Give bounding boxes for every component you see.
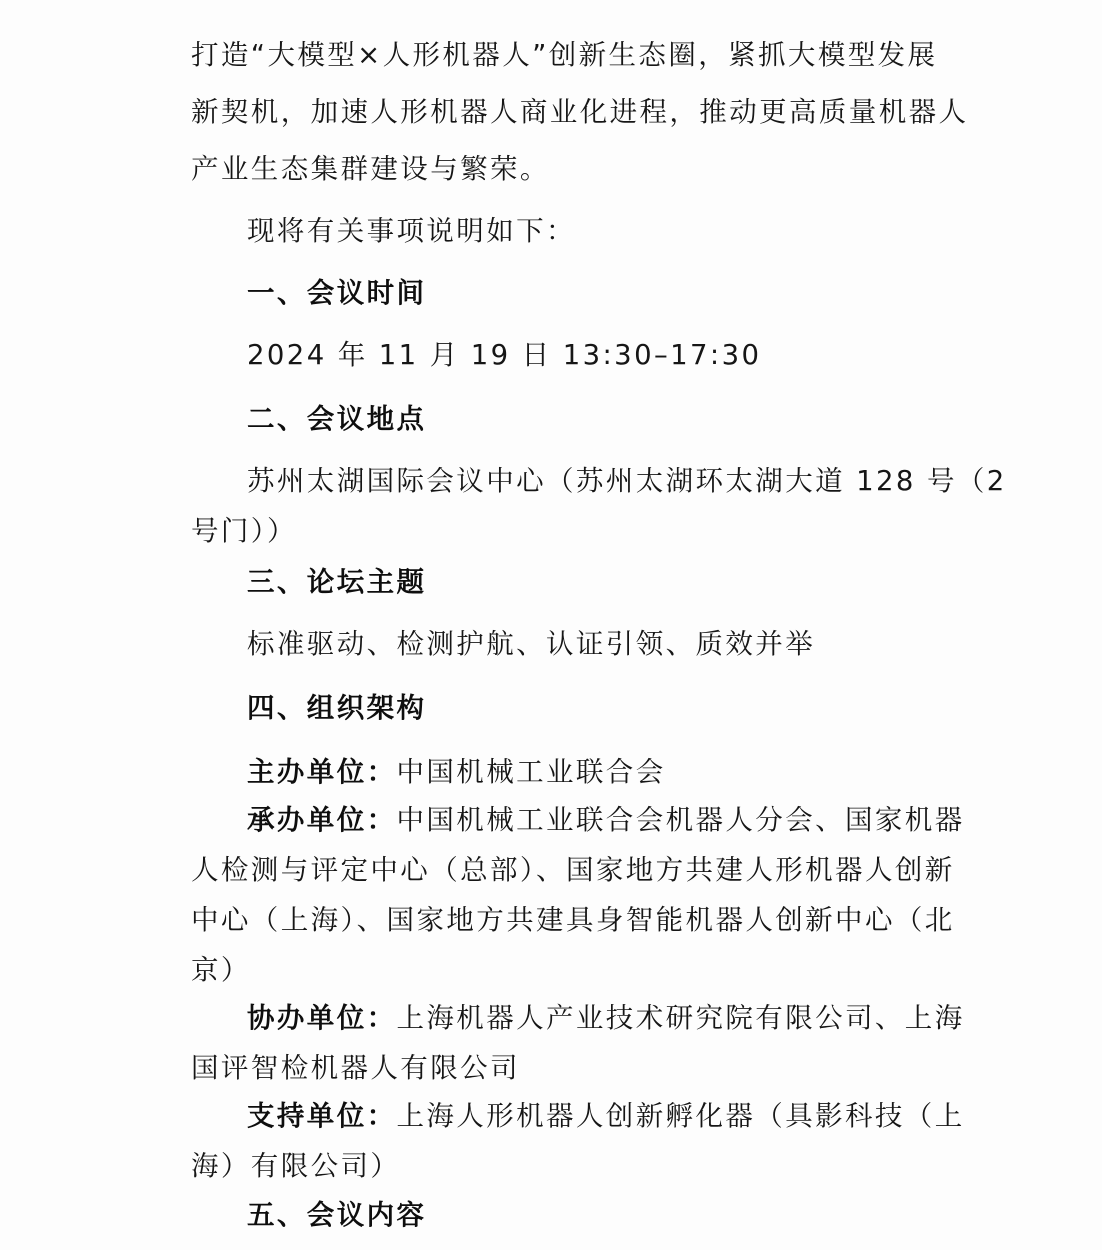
org-co-organizer-line-2: 国评智检机器人有限公司 <box>191 1051 520 1085</box>
section-heading-forum-theme: 三、论坛主题 <box>247 565 426 599</box>
section-heading-meeting-venue: 二、会议地点 <box>247 402 426 436</box>
meeting-venue-line-2: 号门）） <box>191 514 297 548</box>
org-label-host: 主办单位： <box>247 756 397 788</box>
org-label-supporter: 支持单位： <box>247 1100 397 1132</box>
intro-line-3: 产业生态集群建设与繁荣。 <box>191 152 550 186</box>
org-label-organizer: 承办单位： <box>247 804 397 836</box>
org-value-co-organizer: 上海机器人产业技术研究院有限公司、上海 <box>397 1002 965 1034</box>
org-entry-organizer: 承办单位：中国机械工业联合会机器人分会、国家机器 <box>247 803 965 837</box>
lead-in-text: 现将有关事项说明如下： <box>247 214 576 248</box>
intro-line-2: 新契机，加速人形机器人商业化进程，推动更高质量机器人 <box>191 95 968 129</box>
org-entry-co-organizer: 协办单位：上海机器人产业技术研究院有限公司、上海 <box>247 1001 965 1035</box>
org-organizer-line-2: 人检测与评定中心（总部）、国家地方共建人形机器人创新 <box>191 853 955 887</box>
org-value-organizer: 中国机械工业联合会机器人分会、国家机器 <box>397 804 965 836</box>
org-entry-supporter: 支持单位：上海人形机器人创新孵化器（具影科技（上 <box>247 1099 965 1133</box>
meeting-time-value: 2024 年 11 月 19 日 13:30–17:30 <box>247 338 761 372</box>
intro-line-1: 打造“大模型×人形机器人”创新生态圈，紧抓大模型发展 <box>191 38 937 72</box>
section-heading-organization: 四、组织架构 <box>247 691 426 725</box>
org-organizer-line-4: 京） <box>191 953 251 987</box>
section-heading-meeting-content: 五、会议内容 <box>247 1198 426 1232</box>
org-value-supporter: 上海人形机器人创新孵化器（具影科技（上 <box>397 1100 965 1132</box>
org-value-host: 中国机械工业联合会 <box>397 756 666 788</box>
section-heading-meeting-time: 一、会议时间 <box>247 276 426 310</box>
forum-theme-value: 标准驱动、检测护航、认证引领、质效并举 <box>247 627 815 661</box>
org-label-co-organizer: 协办单位： <box>247 1002 397 1034</box>
org-entry-host: 主办单位：中国机械工业联合会 <box>247 755 666 789</box>
document-page: 打造“大模型×人形机器人”创新生态圈，紧抓大模型发展 新契机，加速人形机器人商业… <box>0 0 1102 1250</box>
org-supporter-line-2: 海）有限公司） <box>191 1149 400 1183</box>
meeting-venue-line-1: 苏州太湖国际会议中心（苏州太湖环太湖大道 128 号（2 <box>247 464 1007 498</box>
org-organizer-line-3: 中心（上海）、国家地方共建具身智能机器人创新中心（北 <box>191 903 955 937</box>
